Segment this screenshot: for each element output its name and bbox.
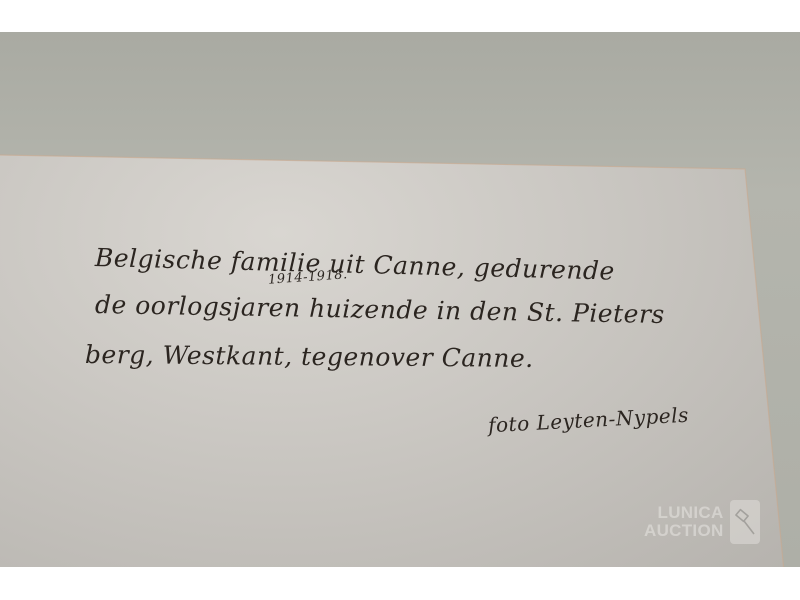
- watermark-line-1: LUNICA: [644, 504, 724, 522]
- watermark-text: LUNICA AUCTION: [644, 504, 724, 540]
- inscription-line-3: berg, Westkant, tegenover Canne.: [85, 340, 534, 373]
- watermark-line-2: AUCTION: [644, 522, 724, 540]
- gavel-icon: [730, 500, 760, 544]
- watermark: LUNICA AUCTION: [644, 500, 760, 544]
